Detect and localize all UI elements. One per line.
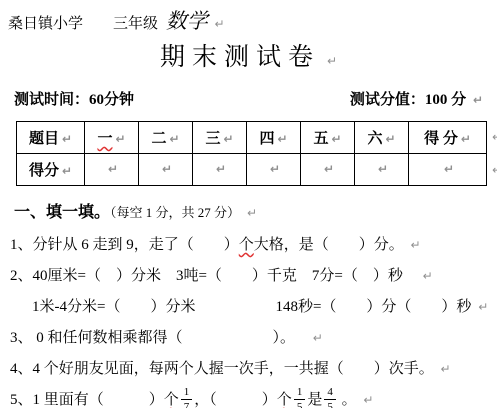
section-heading-title: 一、填一填。 <box>14 204 110 221</box>
score-cell-empty: ↵ <box>301 154 355 186</box>
school-header: 桑日镇小学 三年级 数学 ↵ <box>0 0 497 35</box>
return-mark-icon: ↵ <box>423 269 433 283</box>
cell-text: 四 <box>259 131 274 147</box>
question-2-line2: 1米-4分米=（ ）分米148秒=（ ）分（ ）秒 ↵ <box>10 292 497 323</box>
return-mark-icon: ↵ <box>378 162 388 176</box>
fraction-one-seventh: 17 <box>181 386 193 408</box>
section-heading: 一、填一填。（每空 1 分，共 27 分） ↵ <box>14 199 497 222</box>
question-3: 3、 0 和任何数相乘都得（ ）。 ↵ <box>10 323 497 354</box>
return-mark-icon: ↵ <box>473 93 483 107</box>
return-mark-icon: ↵ <box>324 162 334 176</box>
return-mark-icon: ↵ <box>444 162 454 176</box>
fraction-numerator: 1 <box>294 386 306 400</box>
return-mark-icon: ↵ <box>277 132 287 146</box>
fraction-numerator: 4 <box>324 386 336 400</box>
question-text: 4、4 个好朋友见面，每两个人握一次手，一共握（ ）次手。 <box>10 361 434 377</box>
score-cell-empty: ↵ <box>139 154 193 186</box>
return-mark-icon: ↵ <box>115 132 125 146</box>
return-mark-icon: ↵ <box>169 132 179 146</box>
cell-text: 三 <box>205 131 220 147</box>
test-score-text: 测试分值：100 分 <box>350 92 466 108</box>
score-table-wrap: 题目↵ 一↵ 二↵ 三↵ 四↵ 五↵ 六↵ 得 分↵ 得分↵ ↵ ↵ ↵ ↵ ↵… <box>16 121 497 186</box>
return-mark-icon: ↵ <box>108 162 118 176</box>
question-4: 4、4 个好朋友见面，每两个人握一次手，一共握（ ）次手。 ↵ <box>10 354 497 385</box>
score-table-cell-timu: 题目↵ <box>17 122 85 154</box>
fraction-numerator: 1 <box>181 386 193 400</box>
score-table-cell-q4: 四↵ <box>247 122 301 154</box>
fraction-denominator: 5 <box>327 400 333 408</box>
score-table: 题目↵ 一↵ 二↵ 三↵ 四↵ 五↵ 六↵ 得 分↵ 得分↵ ↵ ↵ ↵ ↵ ↵… <box>16 121 487 186</box>
page-title: 期末测试卷 <box>160 44 320 71</box>
fraction-four-fifths: 45 <box>324 386 336 408</box>
question-text: 大格，是（ ）分。 <box>254 237 404 253</box>
table-row-end-marks: ↵ ↵ <box>487 121 497 186</box>
score-table-cell-q2: 二↵ <box>139 122 193 154</box>
cell-text: 得分 <box>29 163 59 179</box>
return-mark-icon: ↵ <box>461 132 471 146</box>
question-text: 。 <box>338 392 357 408</box>
score-cell-empty: ↵ <box>85 154 139 186</box>
subject-title: 数学 <box>166 9 208 33</box>
score-row-label-cell: 得分↵ <box>17 154 85 186</box>
question-text-squiggled: 个 <box>239 237 254 253</box>
return-mark-icon: ↵ <box>385 132 395 146</box>
score-table-cell-q3: 三↵ <box>193 122 247 154</box>
question-text-squiggled: 个 <box>277 392 292 408</box>
score-cell-empty: ↵ <box>355 154 409 186</box>
fraction-denominator: 5 <box>297 400 303 408</box>
score-table-cell-q6: 六↵ <box>355 122 409 154</box>
return-mark-icon: ↵ <box>492 130 497 144</box>
cell-text: 得 分 <box>424 131 458 147</box>
school-grade-text: 桑日镇小学 三年级 <box>8 16 158 32</box>
return-mark-icon: ↵ <box>62 164 72 178</box>
question-text: 3、 0 和任何数相乘都得（ ）。 <box>10 330 295 346</box>
score-cell-empty: ↵ <box>409 154 487 186</box>
score-table-cell-q5: 五↵ <box>301 122 355 154</box>
test-score-label: 测试分值：100 分 ↵ <box>350 88 483 109</box>
test-info-row: 测试时间：60分钟 测试分值：100 分 ↵ <box>14 88 483 109</box>
score-cell-empty: ↵ <box>193 154 247 186</box>
score-cell-empty: ↵ <box>247 154 301 186</box>
score-table-score-row: 得分↵ ↵ ↵ ↵ ↵ ↵ ↵ ↵ <box>17 154 487 186</box>
question-text: 5、1 里面有（ ） <box>10 392 164 408</box>
return-mark-icon: ↵ <box>411 238 421 252</box>
fraction-one-fifth: 15 <box>294 386 306 408</box>
return-mark-icon: ↵ <box>270 162 280 176</box>
cell-text: 一 <box>97 131 112 147</box>
cell-text: 五 <box>313 131 328 147</box>
cell-text: 题目 <box>29 131 59 147</box>
return-mark-icon: ↵ <box>441 362 451 376</box>
question-text: 是 <box>307 392 322 408</box>
return-mark-icon: ↵ <box>223 132 233 146</box>
question-5: 5、1 里面有（ ）个17，（ ）个15是45 。 ↵ <box>10 385 497 408</box>
fraction-denominator: 7 <box>184 400 190 408</box>
question-text: 148秒=（ ）分（ ）秒 <box>275 299 471 315</box>
question-text: ，（ ） <box>194 392 277 408</box>
return-mark-icon: ↵ <box>478 300 488 314</box>
score-table-cell-total: 得 分↵ <box>409 122 487 154</box>
score-table-header-row: 题目↵ 一↵ 二↵ 三↵ 四↵ 五↵ 六↵ 得 分↵ <box>17 122 487 154</box>
cell-text: 二 <box>151 131 166 147</box>
return-mark-icon: ↵ <box>216 162 226 176</box>
question-1: 1、分针从 6 走到 9，走了（ ）个大格，是（ ）分。 ↵ <box>10 230 497 261</box>
test-time-label: 测试时间：60分钟 <box>14 88 134 109</box>
return-mark-icon: ↵ <box>327 54 337 68</box>
question-text-squiggled: 个 <box>164 392 179 408</box>
return-mark-icon: ↵ <box>492 163 497 177</box>
return-mark-icon: ↵ <box>331 132 341 146</box>
question-text: 1、分针从 6 走到 9，走了（ ） <box>10 237 239 253</box>
title-row: 期末测试卷 ↵ <box>0 41 497 75</box>
return-mark-icon: ↵ <box>215 17 225 31</box>
cell-text: 六 <box>367 131 382 147</box>
question-text: 2、40厘米=（ ）分米 3吨=（ ）千克 7分=（ ）秒 <box>10 268 403 284</box>
return-mark-icon: ↵ <box>162 162 172 176</box>
return-mark-icon: ↵ <box>62 132 72 146</box>
exam-paper-page: 桑日镇小学 三年级 数学 ↵ 期末测试卷 ↵ 测试时间：60分钟 测试分值：10… <box>0 0 497 408</box>
score-table-cell-q1: 一↵ <box>85 122 139 154</box>
question-text: 1米-4分米=（ ）分米 <box>32 299 195 315</box>
return-mark-icon: ↵ <box>313 331 323 345</box>
question-2-line1: 2、40厘米=（ ）分米 3吨=（ ）千克 7分=（ ）秒 ↵ <box>10 261 497 292</box>
return-mark-icon: ↵ <box>363 393 373 407</box>
section-heading-note: （每空 1 分，共 27 分） <box>110 205 240 220</box>
return-mark-icon: ↵ <box>247 206 257 220</box>
